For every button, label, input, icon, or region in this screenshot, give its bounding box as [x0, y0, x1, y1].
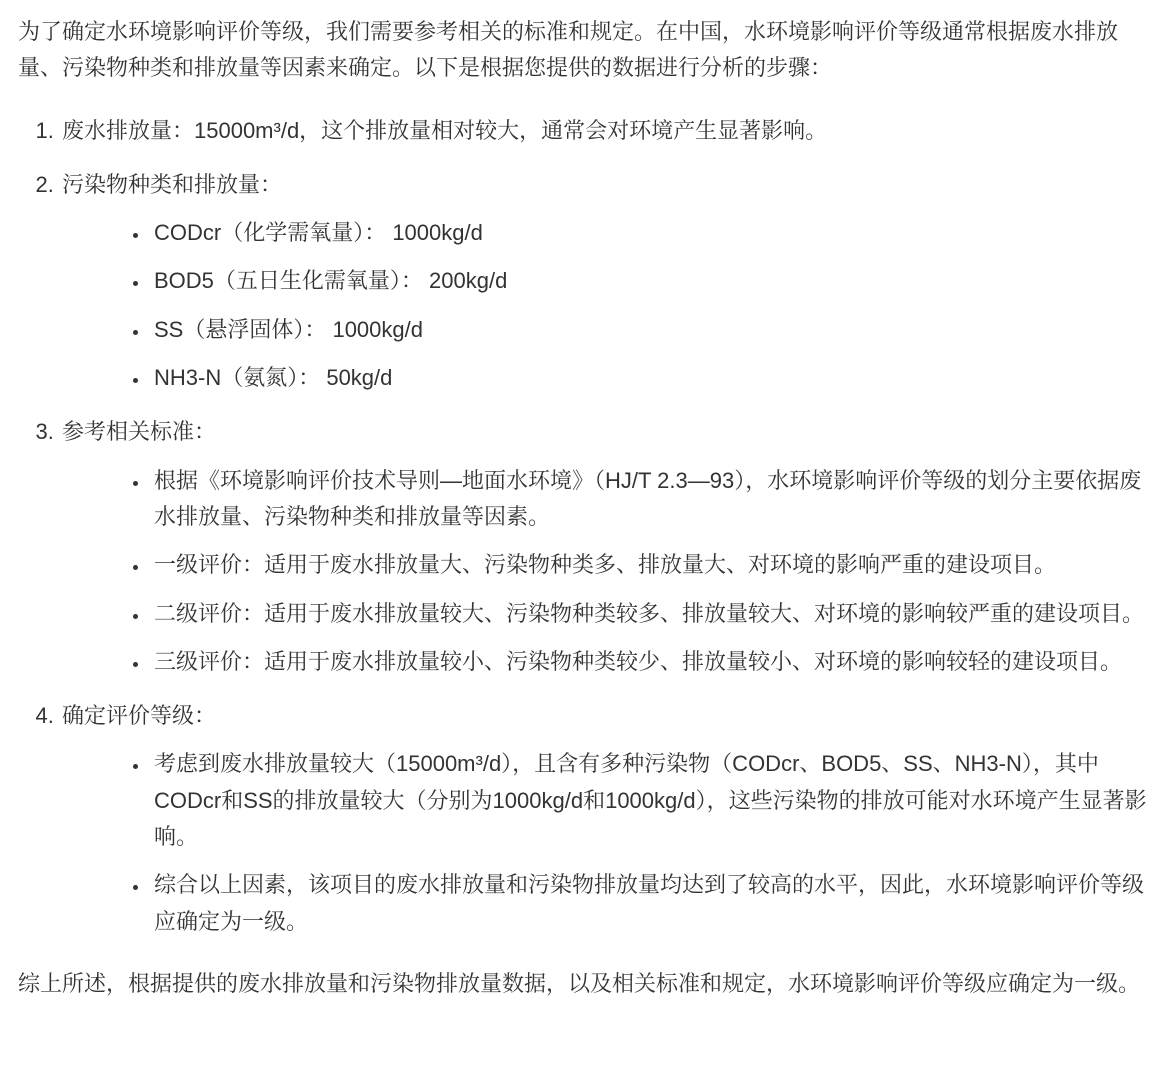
determination-list: 考虑到废水排放量较大（15000m³/d），且含有多种污染物（CODcr、BOD… — [62, 746, 1156, 939]
intro-paragraph: 为了确定水环境影响评价等级，我们需要参考相关的标准和规定。在中国，水环境影响评价… — [18, 14, 1156, 87]
pollutant-list: CODcr（化学需氧量）： 1000kg/d BOD5（五日生化需氧量）： 20… — [62, 215, 1156, 396]
step-item-wastewater-volume: 废水排放量：15000m³/d，这个排放量相对较大，通常会对环境产生显著影响。 — [60, 113, 1156, 149]
standard-item-guideline: 根据《环境影响评价技术导则—地面水环境》（HJ/T 2.3—93），水环境影响评… — [150, 463, 1156, 536]
analysis-document: 为了确定水环境影响评价等级，我们需要参考相关的标准和规定。在中国，水环境影响评价… — [18, 14, 1156, 1002]
step-item-standards: 参考相关标准： 根据《环境影响评价技术导则—地面水环境》（HJ/T 2.3—93… — [60, 414, 1156, 680]
step-text: 参考相关标准： — [62, 419, 216, 444]
pollutant-item-bod5: BOD5（五日生化需氧量）： 200kg/d — [150, 263, 1156, 299]
determination-item-result: 综合以上因素，该项目的废水排放量和污染物排放量均达到了较高的水平，因此，水环境影… — [150, 867, 1156, 940]
analysis-steps-list: 废水排放量：15000m³/d，这个排放量相对较大，通常会对环境产生显著影响。 … — [18, 113, 1156, 940]
pollutant-item-ss: SS（悬浮固体）： 1000kg/d — [150, 312, 1156, 348]
conclusion-paragraph: 综上所述，根据提供的废水排放量和污染物排放量数据，以及相关标准和规定，水环境影响… — [18, 966, 1156, 1002]
standard-item-level-1: 一级评价：适用于废水排放量大、污染物种类多、排放量大、对环境的影响严重的建设项目… — [150, 547, 1156, 583]
step-text: 废水排放量：15000m³/d，这个排放量相对较大，通常会对环境产生显著影响。 — [62, 118, 827, 143]
standards-list: 根据《环境影响评价技术导则—地面水环境》（HJ/T 2.3—93），水环境影响评… — [62, 463, 1156, 680]
step-text: 污染物种类和排放量： — [62, 172, 282, 197]
standard-item-level-2: 二级评价：适用于废水排放量较大、污染物种类较多、排放量较大、对环境的影响较严重的… — [150, 596, 1156, 632]
standard-item-level-3: 三级评价：适用于废水排放量较小、污染物种类较少、排放量较小、对环境的影响较轻的建… — [150, 644, 1156, 680]
step-text: 确定评价等级： — [62, 703, 216, 728]
step-item-pollutants: 污染物种类和排放量： CODcr（化学需氧量）： 1000kg/d BOD5（五… — [60, 167, 1156, 396]
step-item-determination: 确定评价等级： 考虑到废水排放量较大（15000m³/d），且含有多种污染物（C… — [60, 698, 1156, 940]
pollutant-item-codcr: CODcr（化学需氧量）： 1000kg/d — [150, 215, 1156, 251]
pollutant-item-nh3n: NH3-N（氨氮）： 50kg/d — [150, 360, 1156, 396]
determination-item-analysis: 考虑到废水排放量较大（15000m³/d），且含有多种污染物（CODcr、BOD… — [150, 746, 1156, 855]
